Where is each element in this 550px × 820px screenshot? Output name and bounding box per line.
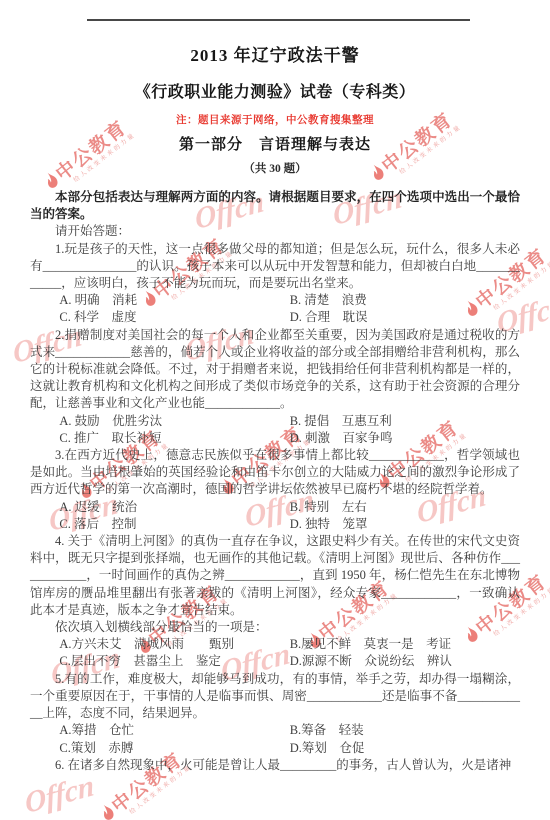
question-4-option-a: A.方兴未艾 满城风雨 甄别 [59, 636, 289, 653]
exam-title-line1: 2013 年辽宁政法干警 [30, 46, 520, 66]
question-1-stem: 1.玩是孩子的天性，这一点很多做父母的都知道；但是怎么玩，玩什么，很多人未必有_… [30, 241, 520, 293]
question-1-option-c: C. 科学 虚度 [59, 309, 289, 326]
offcn-script-logo: Offcn [23, 771, 95, 819]
question-5-option-a: A.筹措 仓忙 [59, 722, 289, 739]
question-4-stem: 4. 关于《清明上河图》的真伪一直存在争议，这跟史料少有关。在传世的宋代文史资料… [30, 533, 520, 619]
question-1-option-b: B. 清楚 浪费 [290, 292, 520, 309]
question-2-option-b: B. 提倡 互惠互利 [290, 413, 520, 430]
question-4-option-c: C.层出不穷 甚嚣尘上 鉴定 [59, 653, 289, 670]
section-question-count: （共 30 题） [30, 162, 520, 176]
document-content: 2013 年辽宁政法干警 《行政职业能力测验》试卷（专科类） 注：题目来源于网络… [0, 19, 550, 774]
question-2-stem: 2.捐赠制度对美国社会的每一个人和企业都至关重要，因为美国政府是通过税收的方式来… [30, 327, 520, 413]
flame-icon [96, 799, 119, 820]
question-3-option-c: C. 落后 控制 [59, 516, 289, 533]
section-title: 第一部分 言语理解与表达 [30, 136, 520, 154]
question-list: 1.玩是孩子的天性，这一点很多做父母的都知道；但是怎么玩，玩什么，很多人未必有_… [30, 241, 520, 774]
question-1-options: A. 明确 消耗B. 清楚 浪费C. 科学 虚度D. 合理 耽误 [30, 292, 520, 326]
question-5-option-d: D.筹划 仓促 [290, 740, 520, 757]
question-4-prompt: 依次填入划横线部分最恰当的一项是： [30, 619, 520, 636]
question-5-option-c: C.策划 赤膊 [59, 740, 289, 757]
question-2-option-d: D. 刺激 百家争鸣 [290, 430, 520, 447]
question-3-option-a: A. 迟缓 统治 [59, 499, 289, 516]
question-4-options: A.方兴未艾 满城风雨 甄别B.屡见不鲜 莫衷一是 考证C.层出不穷 甚嚣尘上 … [30, 636, 520, 670]
question-3-stem: 3.在西方近代史上，德意志民族似乎在很多事情上都比较____________，哲… [30, 447, 520, 499]
question-6-stem: 6. 在诸多自然现象中，火可能是曾让人最_________的事务，古人曾认为，火… [30, 757, 520, 774]
question-5-stem: 5.有的工作，难度极大，却能够马到成功，有的事情，举手之劳，却办得一塌糊涂，一个… [30, 671, 520, 723]
start-prompt: 请开始答题： [30, 223, 520, 240]
question-5-options: A.筹措 仓忙B.筹备 轻装C.策划 赤膊D.筹划 仓促 [30, 722, 520, 756]
section-intro: 本部分包括表达与理解两方面的内容。请根据题目要求，在四个选项中选出一个最恰当的答… [30, 189, 520, 223]
question-2-options: A. 鼓励 优胜劣汰B. 提倡 互惠互利C. 推广 取长补短D. 刺激 百家争鸣 [30, 413, 520, 447]
question-1-option-a: A. 明确 消耗 [59, 292, 289, 309]
question-3-options: A. 迟缓 统治B. 特别 左右C. 落后 控制D. 独特 笼罩 [30, 499, 520, 533]
section-body: 本部分包括表达与理解两方面的内容。请根据题目要求，在四个选项中选出一个最恰当的答… [30, 189, 520, 774]
source-note: 注：题目来源于网络，中公教育搜集整理 [30, 114, 520, 127]
question-5-option-b: B.筹备 轻装 [290, 722, 520, 739]
question-3-option-d: D. 独特 笼罩 [290, 516, 520, 533]
question-4-option-d: D.源源不断 众说纷纭 辨认 [290, 653, 520, 670]
question-1-option-d: D. 合理 耽误 [290, 309, 520, 326]
header-rule [87, 19, 470, 21]
question-2-option-c: C. 推广 取长补短 [59, 430, 289, 447]
question-2-option-a: A. 鼓励 优胜劣汰 [59, 413, 289, 430]
question-3-option-b: B. 特别 左右 [290, 499, 520, 516]
exam-title-line2: 《行政职业能力测验》试卷（专科类） [30, 83, 520, 102]
exam-paper-page: 中公教育给人改变未来的力量中公教育给人改变未来的力量中公教育给人改变未来的力量中… [0, 0, 550, 820]
question-4-option-b: B.屡见不鲜 莫衷一是 考证 [290, 636, 520, 653]
